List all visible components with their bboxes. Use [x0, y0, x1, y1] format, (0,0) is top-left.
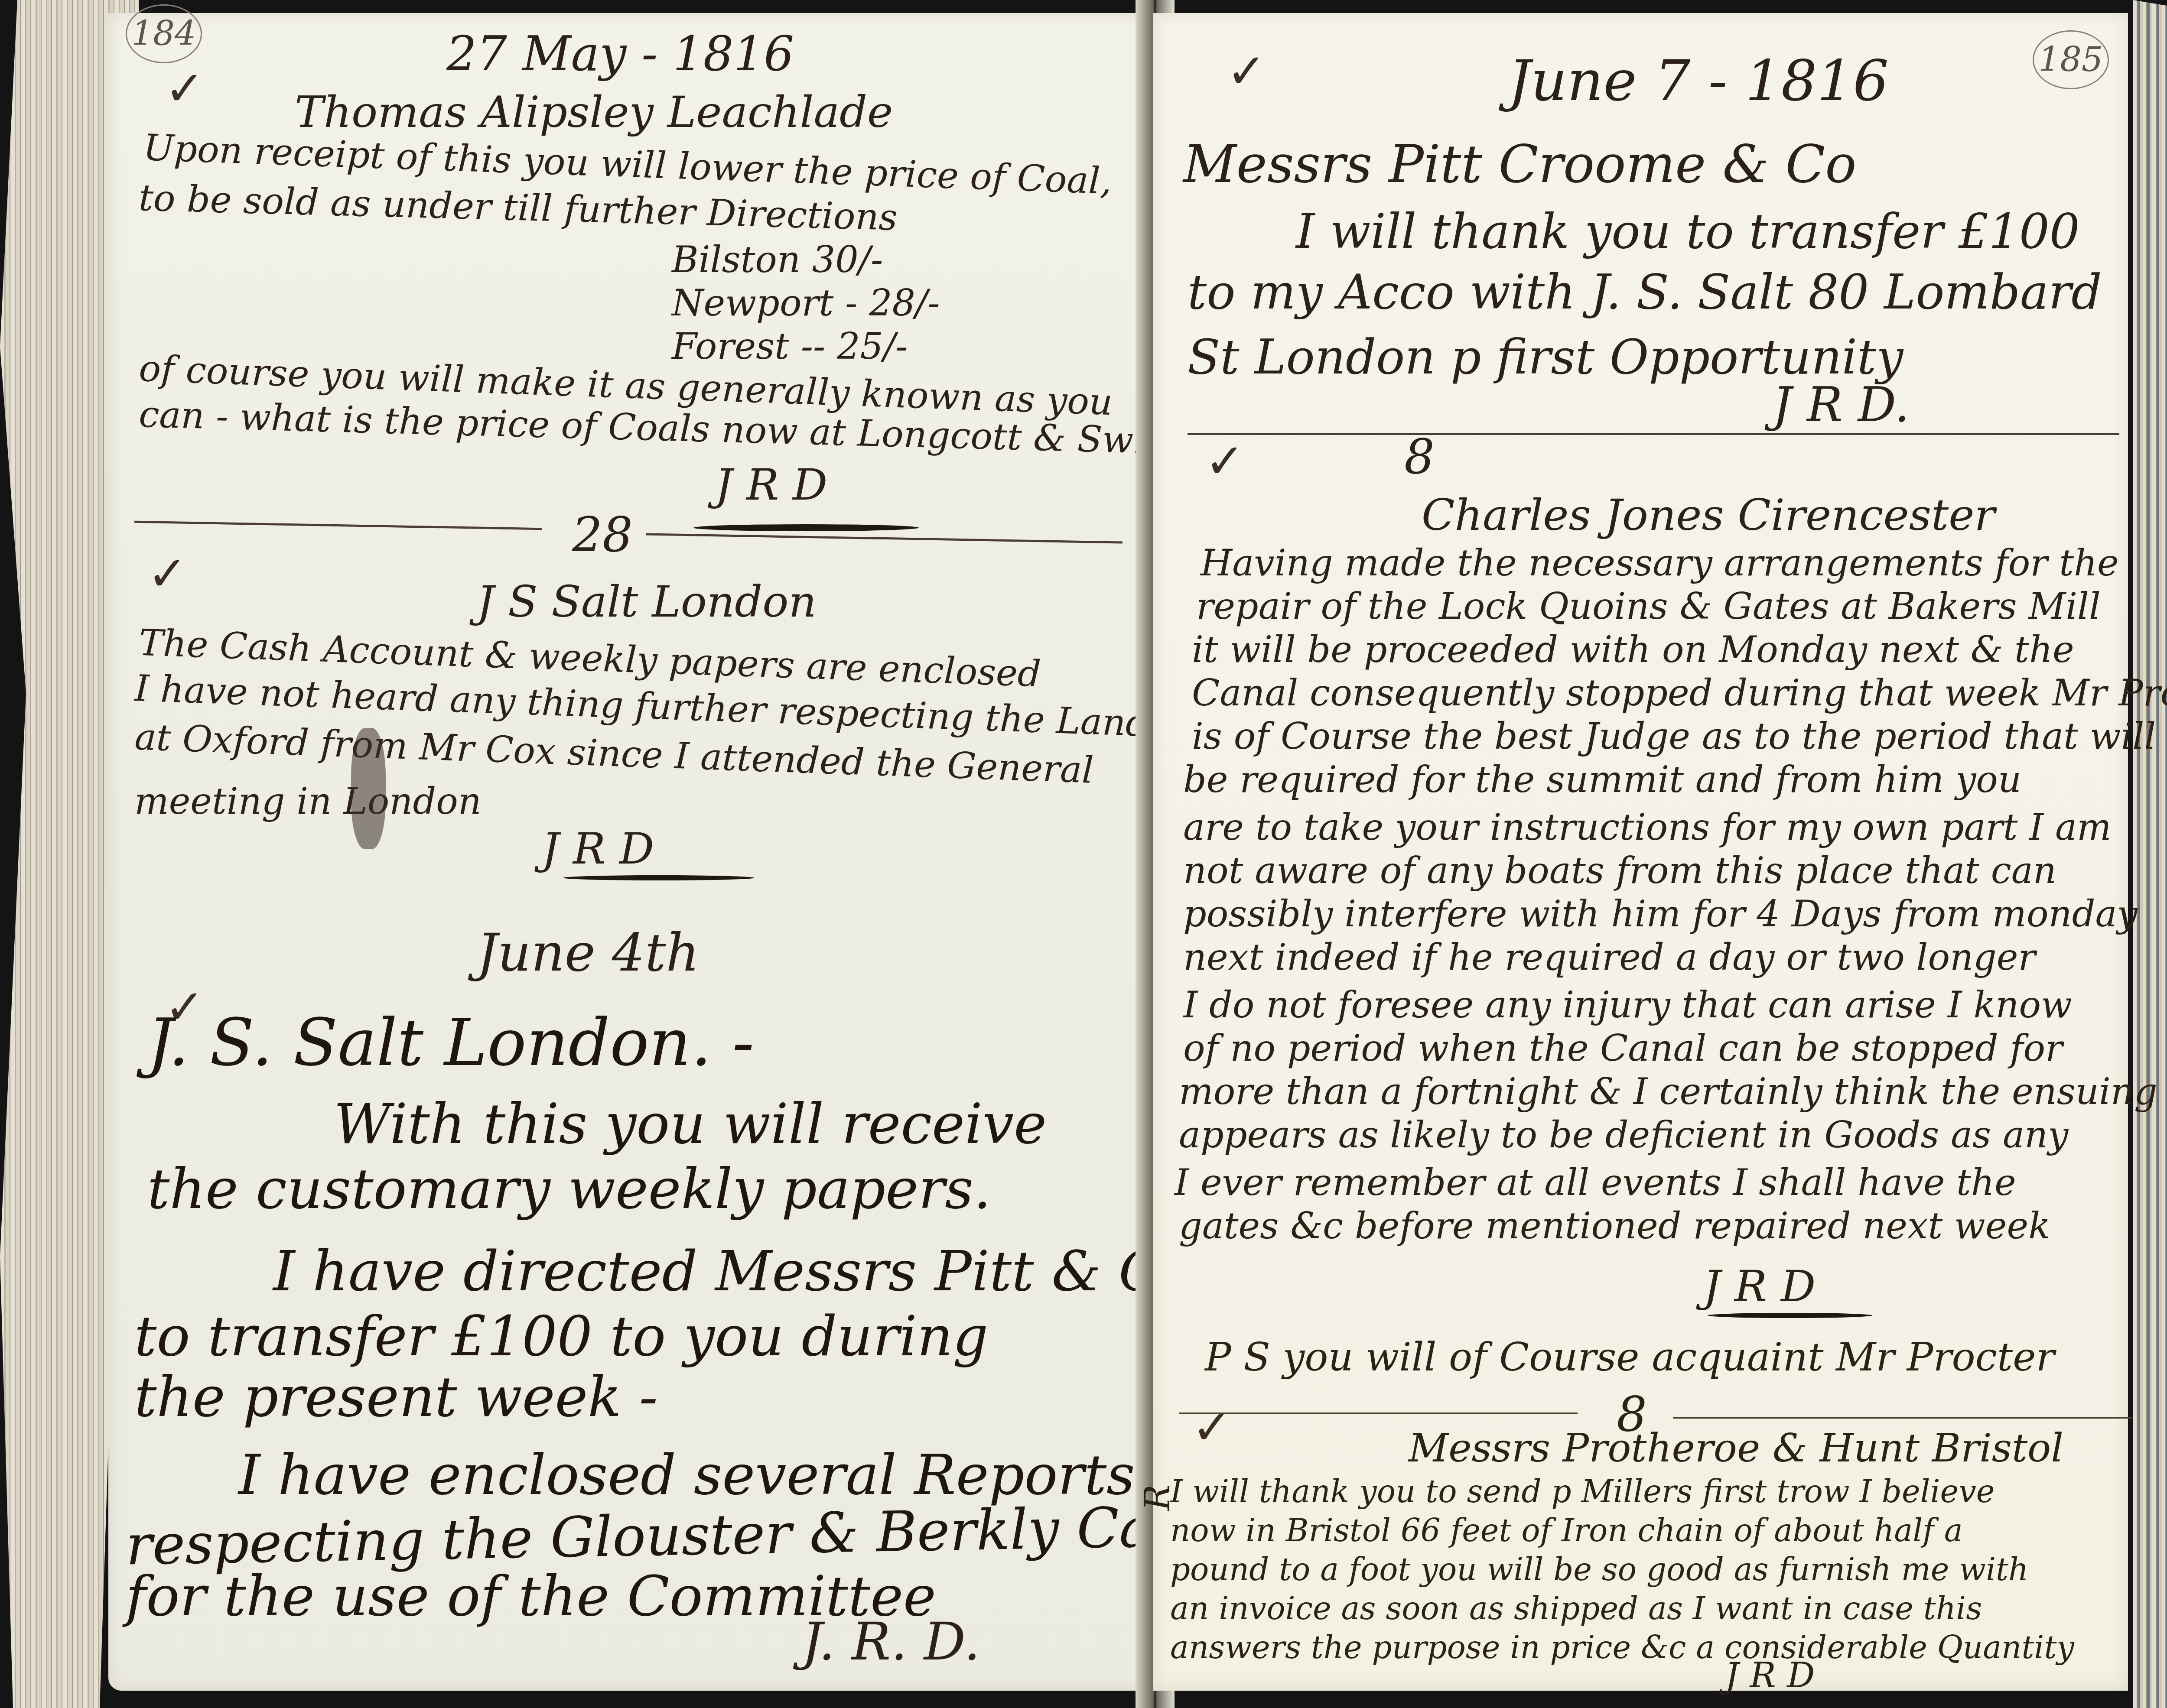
letter-line: the present week -	[134, 1365, 658, 1429]
entry-date: 28	[572, 507, 633, 562]
entry-addressee: J. S. Salt London. -	[147, 1005, 754, 1081]
letter-line: I will thank you to send p Millers first…	[1170, 1473, 1995, 1510]
letter-line: I ever remember at all events I shall ha…	[1175, 1161, 2016, 1204]
letter-line: next indeed if he required a day or two …	[1183, 936, 2036, 978]
letter-line: meeting in London	[134, 780, 482, 822]
letter-line: now in Bristol 66 feet of Iron chain of …	[1170, 1512, 1963, 1549]
letter-line: I have directed Messrs Pitt & Co	[273, 1239, 1194, 1304]
entry-addressee: J S Salt London	[477, 576, 817, 627]
entry-divider	[1188, 433, 2119, 435]
check-mark-icon: ✓	[147, 546, 187, 601]
entry-date: June 7 - 1816	[1508, 48, 1889, 114]
signature-flourish	[1708, 1313, 1872, 1318]
letter-line: I will thank you to transfer £100	[1296, 204, 2080, 259]
letter-line: to my Acco with J. S. Salt 80 Lombard	[1188, 264, 2102, 320]
signature: J R D	[715, 459, 827, 510]
signature: J R D	[1725, 1655, 1815, 1695]
page-number: 185	[2033, 30, 2109, 89]
signature: J. R. D.	[802, 1612, 980, 1672]
letter-line: it will be proceeded with on Monday next…	[1192, 628, 2074, 671]
entry-date: June 4th	[477, 923, 700, 983]
ink-blot	[351, 728, 386, 849]
letter-line: pound to a foot you will be so good as f…	[1170, 1551, 2028, 1588]
price-item: Newport - 28/-	[672, 282, 940, 324]
entry-addressee: Thomas Alipsley Leachlade	[295, 87, 893, 137]
letter-book-spread: 184 ✓ 27 May - 1816 Thomas Alipsley Leac…	[0, 0, 2167, 1708]
check-mark-icon: ✓	[1205, 433, 1245, 489]
letter-line: are to take your instructions for my own…	[1183, 806, 2112, 848]
check-mark-icon: ✓	[1227, 43, 1266, 99]
page-edges-right	[2133, 0, 2167, 1708]
letter-line: gates &c before mentioned repaired next …	[1179, 1205, 2050, 1247]
letter-line: not aware of any boats from this place t…	[1183, 849, 2056, 892]
entry-addressee: Messrs Pitt Croome & Co	[1183, 134, 1857, 195]
entry-addressee: Charles Jones Cirencester	[1422, 490, 1995, 540]
letter-line: appears as likely to be deficient in Goo…	[1179, 1114, 2069, 1156]
letter-line: With this you will receive	[334, 1092, 1047, 1156]
letter-line: Having made the necessary arrangements f…	[1201, 542, 2119, 584]
entry-date: 27 May - 1816	[446, 26, 794, 81]
letter-line: is of Course the best Judge as to the pe…	[1192, 715, 2156, 757]
page-number: 184	[126, 4, 202, 63]
price-item: Forest -- 25/-	[672, 325, 908, 367]
right-page: 185 ✓ June 7 - 1816 Messrs Pitt Croome &…	[1153, 13, 2128, 1691]
entry-date: 8	[1404, 429, 1435, 484]
check-mark-icon: ✓	[1192, 1400, 1232, 1455]
letter-line: be required for the summit and from him …	[1183, 758, 2021, 801]
signature: J R D	[542, 823, 654, 874]
letter-line: answers the purpose in price &c a consid…	[1170, 1629, 2074, 1666]
letter-line: repair of the Lock Quoins & Gates at Bak…	[1196, 585, 2101, 627]
postscript: P S you will of Course acquaint Mr Proct…	[1205, 1335, 2054, 1380]
letter-line: the customary weekly papers.	[147, 1157, 991, 1221]
entry-addressee: Messrs Protheroe & Hunt Bristol	[1409, 1425, 2063, 1471]
entry-divider	[1179, 1413, 1578, 1414]
letter-line: Canal consequently stopped during that w…	[1192, 672, 2167, 714]
signature: J R D.	[1773, 377, 1910, 432]
letter-line: St London p first Opportunity	[1188, 329, 1903, 385]
letter-line: more than a fortnight & I certainly thin…	[1179, 1070, 2157, 1113]
entry-divider	[1673, 1417, 2132, 1419]
letter-line: to transfer £100 to you during	[134, 1304, 988, 1369]
letter-line: an invoice as soon as shipped as I want …	[1170, 1590, 1982, 1627]
entry-divider	[646, 533, 1123, 543]
signature-flourish	[693, 524, 919, 531]
signature-flourish	[563, 875, 754, 880]
price-item: Bilston 30/-	[672, 238, 883, 281]
letter-line: I do not foresee any injury that can ari…	[1183, 984, 2072, 1026]
check-mark-icon: ✓	[165, 61, 205, 116]
letter-line: of no period when the Canal can be stopp…	[1183, 1027, 2063, 1069]
letter-line: possibly interfere with him for 4 Days f…	[1183, 893, 2138, 935]
left-page: 184 ✓ 27 May - 1816 Thomas Alipsley Leac…	[108, 13, 1166, 1691]
entry-divider	[134, 521, 542, 530]
signature: J R D	[1703, 1261, 1816, 1312]
